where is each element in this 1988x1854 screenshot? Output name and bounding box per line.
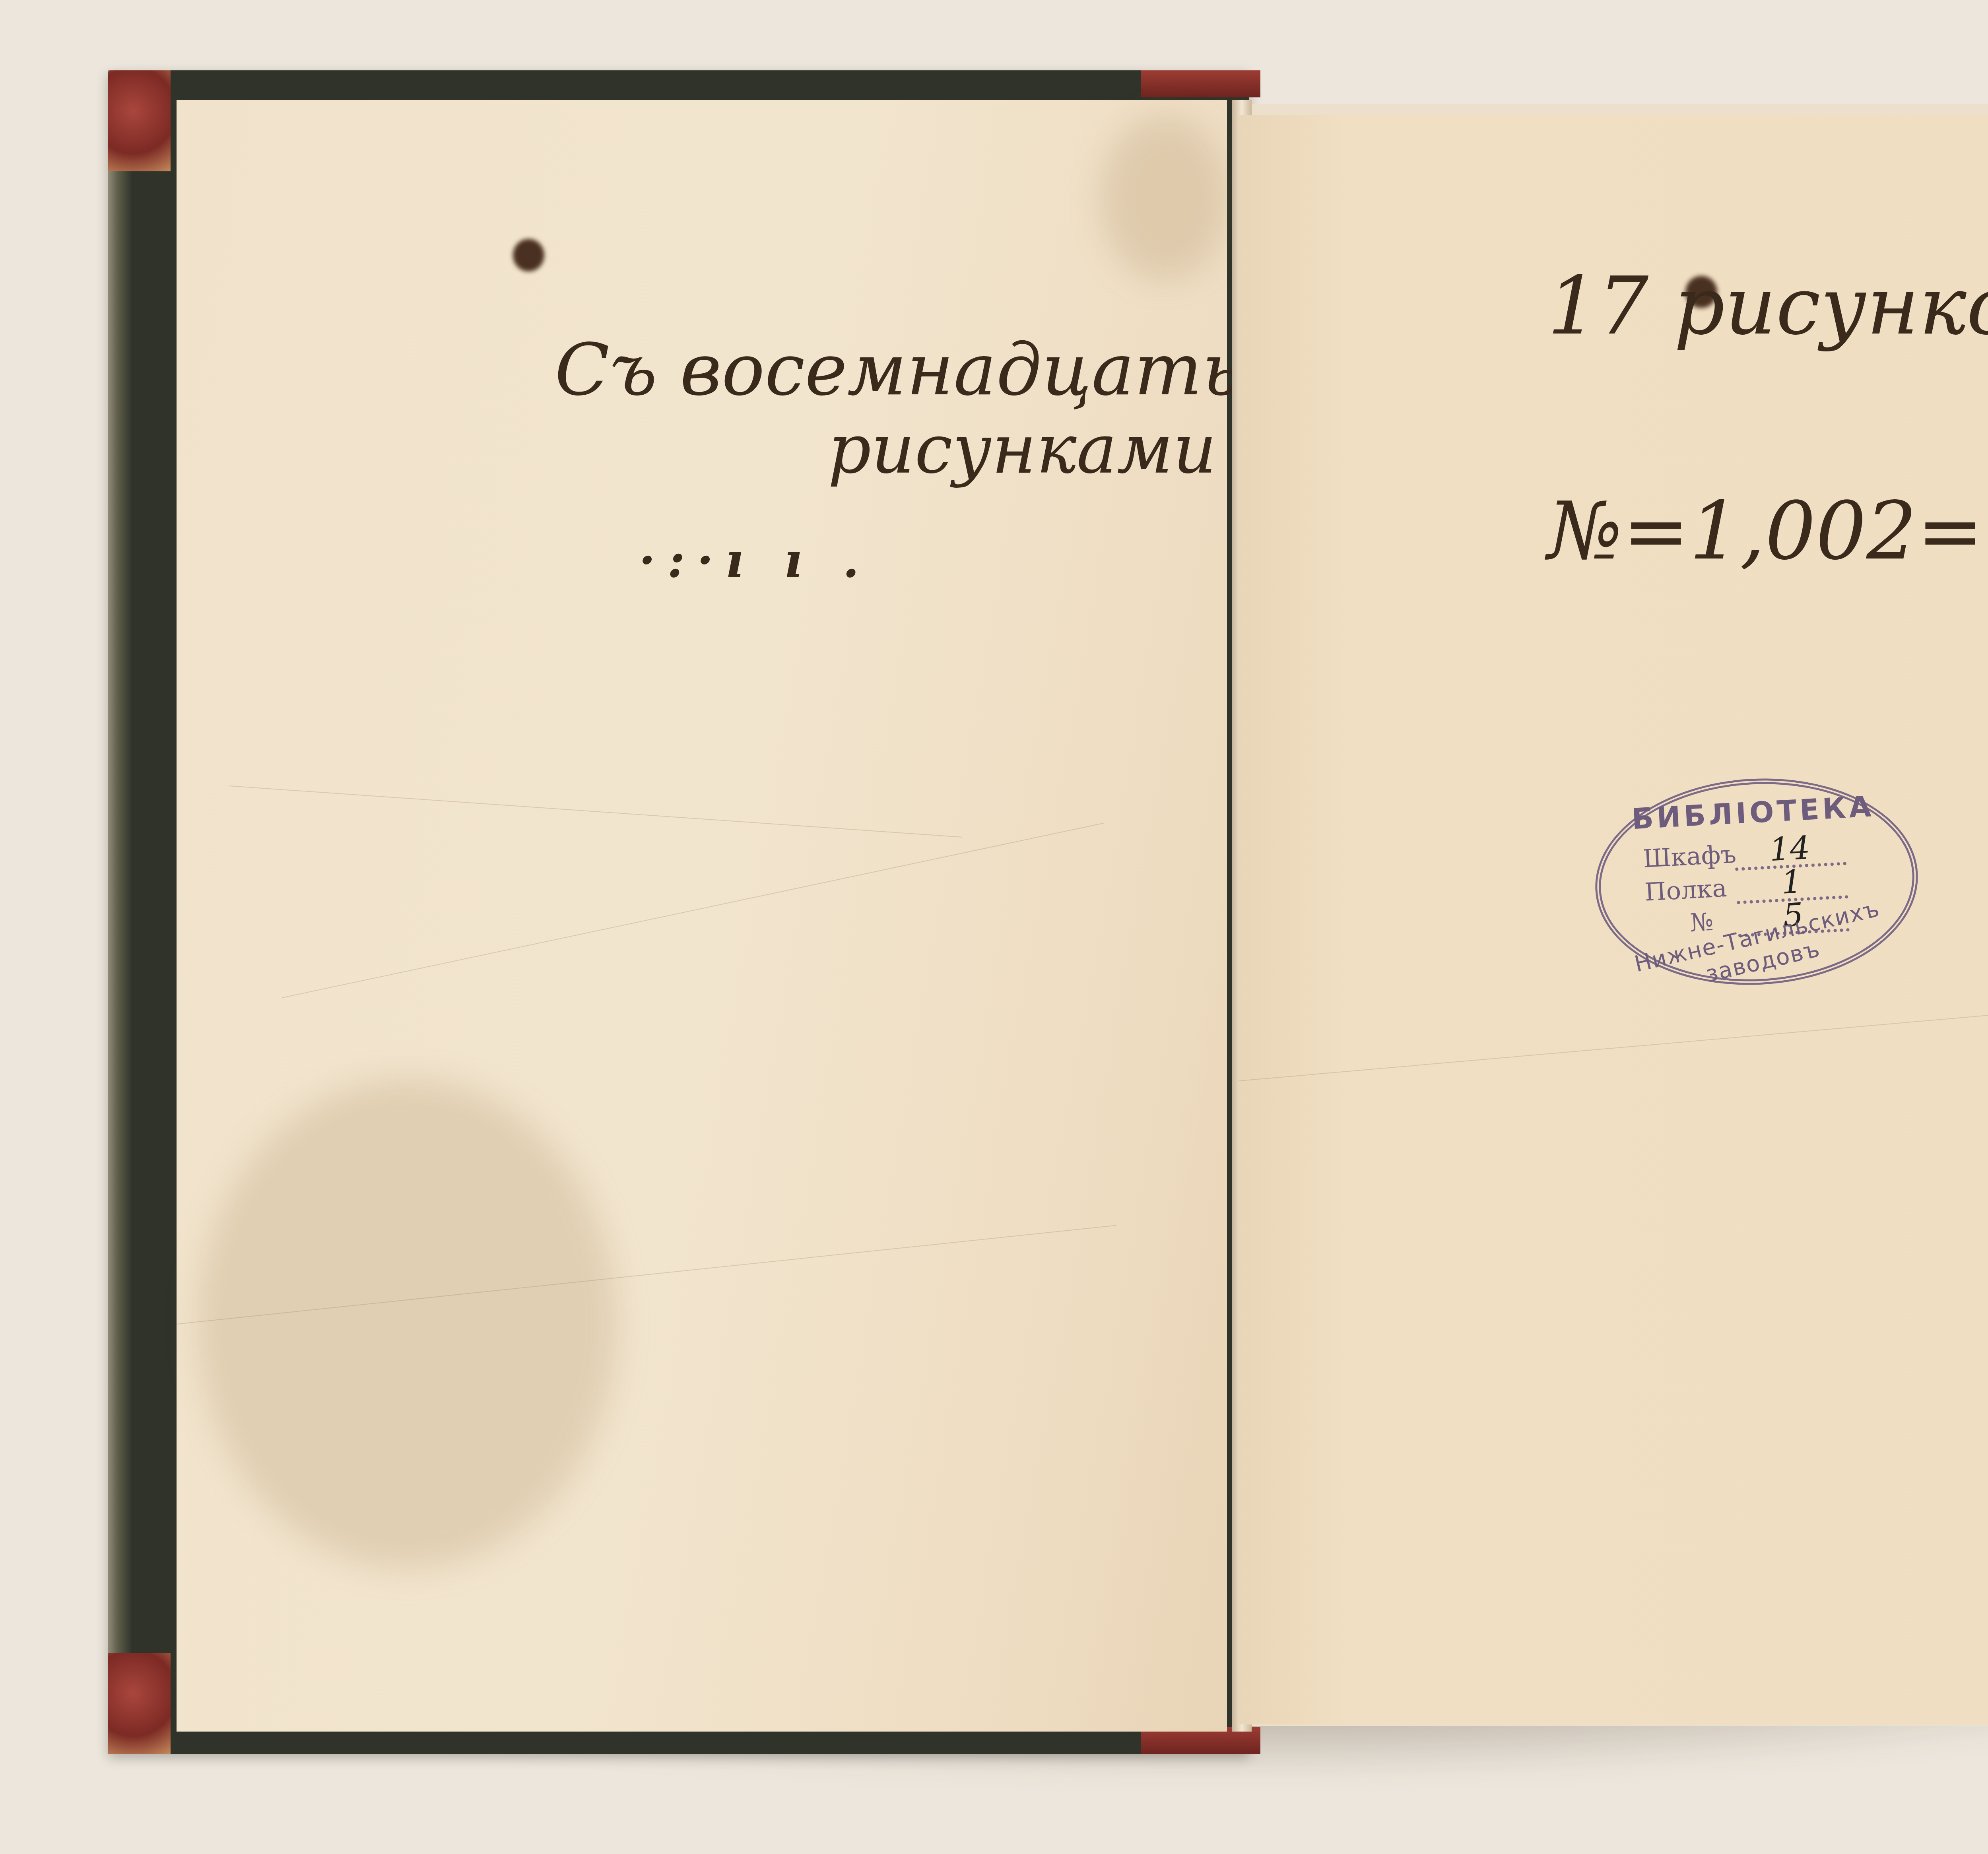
foxing-stain bbox=[198, 1079, 618, 1568]
spine-cap-top bbox=[1141, 70, 1260, 97]
left-endpaper: Съ восемнадцатью рисунками ·:·ı ı . bbox=[177, 100, 1227, 1732]
ink-blot bbox=[513, 239, 544, 272]
inscription-line-2: рисунками bbox=[828, 410, 1216, 489]
stamp-field-label: Шкафъ bbox=[1642, 840, 1735, 873]
leather-corner-top bbox=[108, 70, 171, 171]
spine-edge bbox=[108, 70, 133, 1754]
paper-crease bbox=[282, 823, 1104, 998]
paper-crease bbox=[229, 785, 963, 838]
foxing-stain bbox=[1101, 116, 1227, 279]
inscription-line-1: Съ восемнадцатью bbox=[555, 328, 1304, 411]
stamp-field-label: Полка bbox=[1644, 873, 1737, 906]
note-17-drawings: 17 рисунковъ bbox=[1547, 260, 1988, 353]
ink-marks: ·:·ı ı . bbox=[639, 532, 871, 588]
catalog-number: №=1,002=" bbox=[1547, 485, 1988, 578]
leather-corner-bottom bbox=[108, 1653, 171, 1754]
